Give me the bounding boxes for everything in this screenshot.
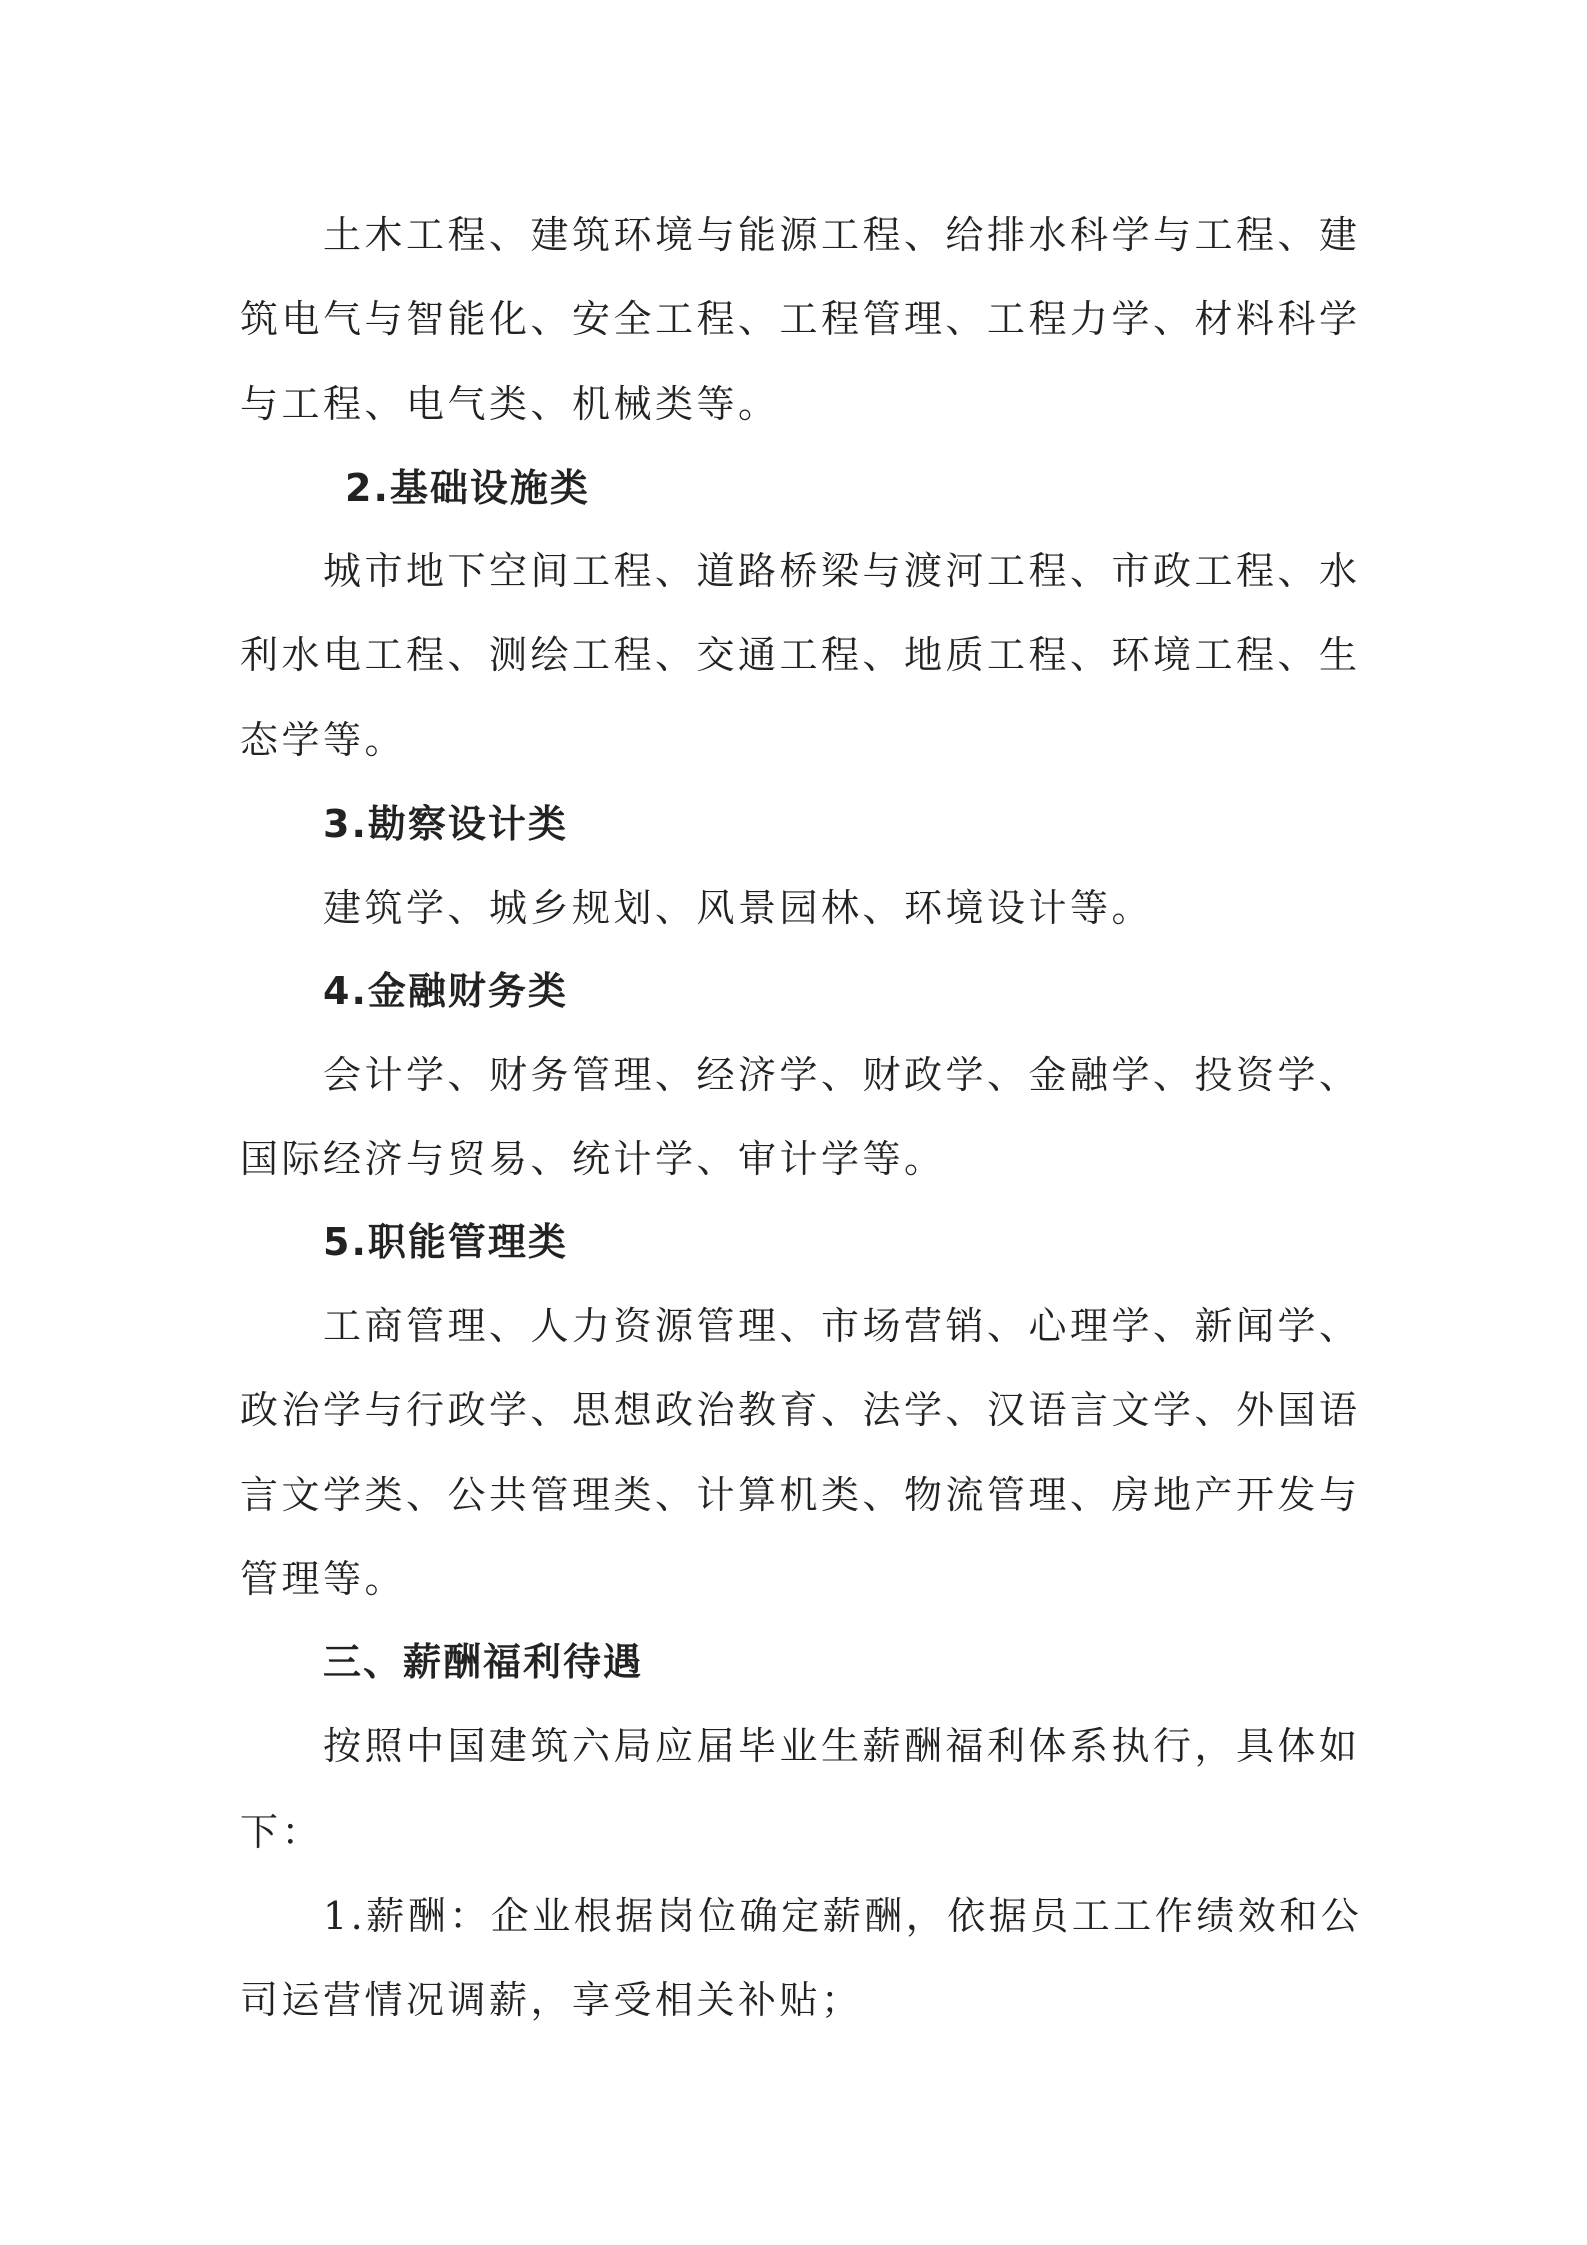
section-heading: 4.金融财务类 (323, 961, 1355, 1021)
body-line: 与工程、电气类、机械类等。 (240, 374, 1355, 434)
body-line: 建筑学、城乡规划、风景园林、环境设计等。 (323, 878, 1355, 938)
body-line: 筑电气与智能化、安全工程、工程管理、工程力学、材料科学 (240, 289, 1355, 349)
section-heading: 2.基础设施类 (345, 458, 1377, 518)
body-line: 司运营情况调薪，享受相关补贴； (240, 1970, 1355, 2030)
section-heading: 5.职能管理类 (323, 1212, 1355, 1272)
body-line: 1.薪酬：企业根据岗位确定薪酬，依据员工工作绩效和公 (323, 1886, 1355, 1946)
body-line: 土木工程、建筑环境与能源工程、给排水科学与工程、建 (323, 205, 1355, 265)
section-heading: 三、薪酬福利待遇 (323, 1632, 1355, 1692)
body-line: 下： (240, 1802, 1355, 1862)
body-line: 工商管理、人力资源管理、市场营销、心理学、新闻学、 (323, 1296, 1355, 1356)
body-line: 国际经济与贸易、统计学、审计学等。 (240, 1129, 1355, 1189)
body-line: 城市地下空间工程、道路桥梁与渡河工程、市政工程、水 (323, 541, 1355, 601)
section-heading: 3.勘察设计类 (323, 794, 1355, 854)
body-line: 利水电工程、测绘工程、交通工程、地质工程、环境工程、生 (240, 625, 1355, 685)
body-line: 言文学类、公共管理类、计算机类、物流管理、房地产开发与 (240, 1465, 1355, 1525)
body-line: 会计学、财务管理、经济学、财政学、金融学、投资学、 (323, 1045, 1355, 1105)
body-line: 按照中国建筑六局应届毕业生薪酬福利体系执行，具体如 (323, 1716, 1355, 1776)
body-line: 政治学与行政学、思想政治教育、法学、汉语言文学、外国语 (240, 1380, 1355, 1440)
body-line: 态学等。 (240, 710, 1355, 770)
document-page: 土木工程、建筑环境与能源工程、给排水科学与工程、建 筑电气与智能化、安全工程、工… (0, 0, 1587, 2245)
body-line: 管理等。 (240, 1549, 1355, 1609)
